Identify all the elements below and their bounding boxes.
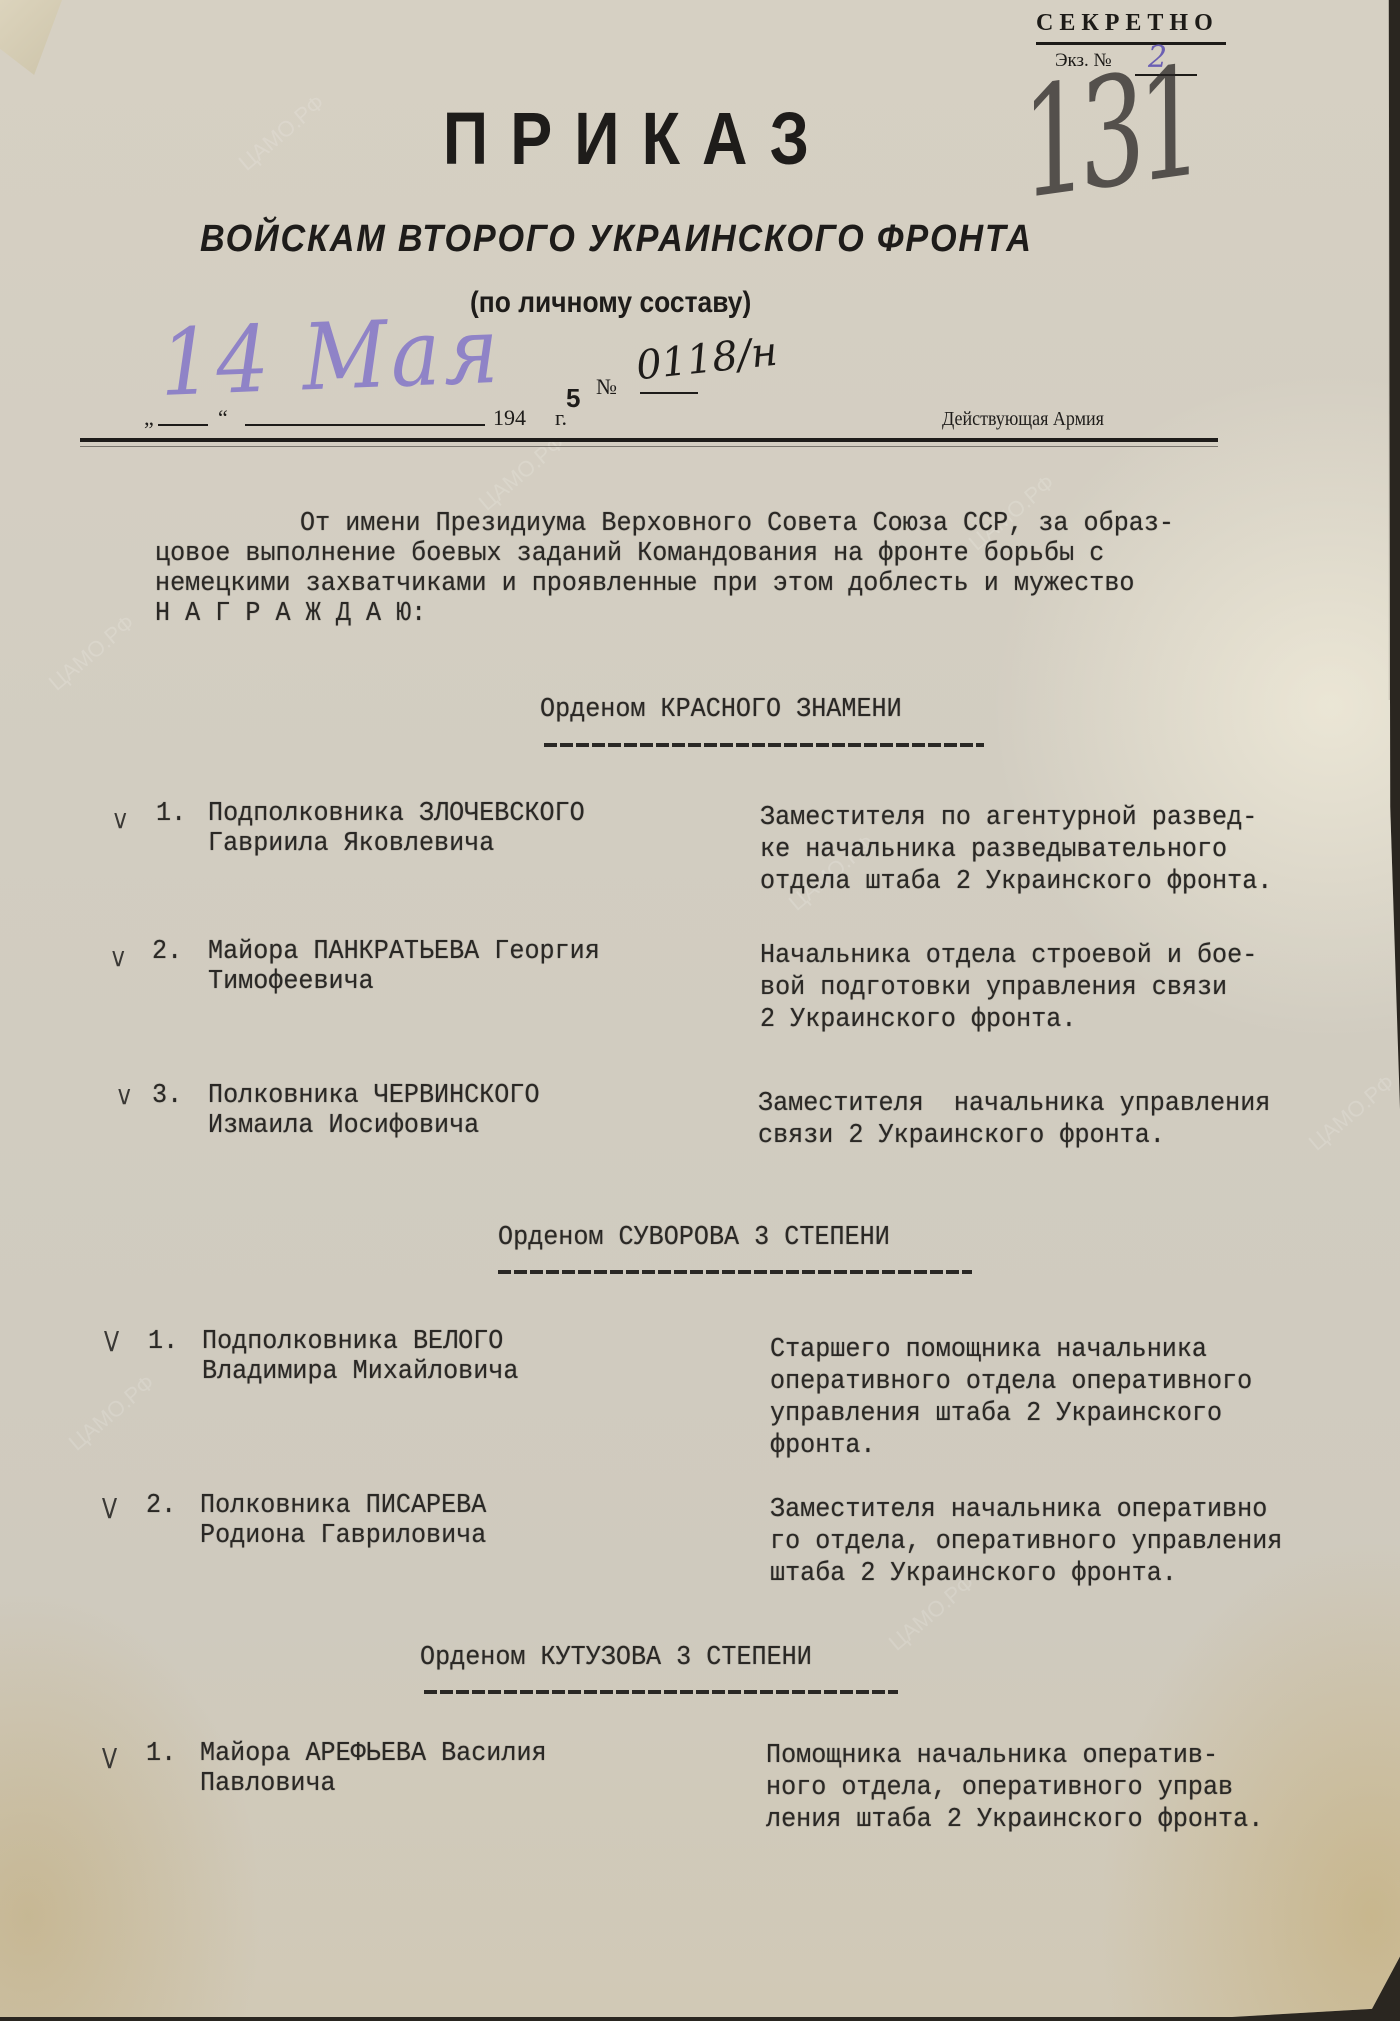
document-type-note: (по личному составу)	[470, 286, 751, 320]
intro-line: немецкими захватчиками и проявленные при…	[155, 568, 1134, 600]
recipient-name: Майора ПАНКРАТЬЕВА Георгия	[208, 936, 600, 968]
date-quote-open: „	[144, 405, 154, 431]
location-label: Действующая Армия	[942, 408, 1104, 431]
recipient-name: Подполковника ЗЛОЧЕВСКОГО	[208, 798, 585, 830]
checkmark-icon: v	[114, 802, 127, 835]
document-page: ЦАМО.РФ ЦАМО.РФ ЦАМО.РФ ЦАМО.РФ ЦАМО.РФ …	[0, 0, 1400, 2017]
recipient-name: Полковника ПИСАРЕВА	[200, 1490, 486, 1522]
checkmark-icon: V	[104, 1325, 119, 1358]
recipient-name: Майора АРЕФЬЕВА Василия	[200, 1738, 547, 1770]
recipient-name: Измаила Иосифовича	[208, 1110, 479, 1142]
recipient-position: Заместителя начальника управления	[758, 1088, 1270, 1120]
recipient-position: ного отдела, оперативного управ	[766, 1772, 1233, 1804]
award-heading-rule	[544, 743, 984, 747]
intro-line: цовое выполнение боевых заданий Командов…	[155, 538, 1104, 570]
award-heading: Орденом КРАСНОГО ЗНАМЕНИ	[540, 694, 902, 726]
recipient-number: 1.	[146, 1738, 176, 1770]
recipient-name: Гавриила Яковлевича	[208, 828, 494, 860]
recipient-position: управления штаба 2 Украинского	[770, 1398, 1222, 1430]
intro-line: Н А Г Р А Ж Д А Ю:	[155, 598, 426, 630]
document-title: ПРИКАЗ	[93, 96, 1283, 181]
order-number-line	[640, 392, 698, 394]
recipient-position: го отдела, оперативного управления	[770, 1526, 1282, 1558]
award-heading-rule	[424, 1690, 898, 1694]
folded-corner	[0, 0, 62, 75]
recipient-position: оперативного отдела оперативного	[770, 1366, 1252, 1398]
page-edge-shadow	[1388, 0, 1400, 700]
year-digit: 5	[566, 383, 580, 414]
recipient-position: Заместителя начальника оперативно	[770, 1494, 1267, 1526]
recipient-name: Владимира Михайловича	[202, 1356, 518, 1388]
year-prefix: 194	[493, 405, 526, 431]
recipient-position: Помощника начальника оператив-	[766, 1740, 1218, 1772]
recipient-name: Тимофеевича	[208, 966, 374, 998]
recipient-position: ления штаба 2 Украинского фронта.	[766, 1804, 1263, 1836]
date-month-line	[245, 424, 485, 426]
checkmark-icon: v	[118, 1078, 131, 1111]
date-quote-close: “	[218, 405, 228, 431]
order-number-sign: №	[596, 374, 617, 400]
handwritten-date: 14 Мая	[158, 297, 503, 417]
recipient-position: отдела штаба 2 Украинского фронта.	[760, 866, 1272, 898]
order-number: 0118/н	[634, 329, 780, 390]
recipient-number: 1.	[156, 798, 186, 830]
watermark: ЦАМО.РФ	[44, 610, 140, 697]
header-rule-thin	[80, 446, 1218, 447]
checkmark-icon: V	[102, 1492, 117, 1525]
award-heading: Орденом СУВОРОВА 3 СТЕПЕНИ	[498, 1222, 890, 1254]
watermark: ЦАМО.РФ	[1304, 1070, 1400, 1157]
recipient-position: Старшего помощника начальника	[770, 1334, 1207, 1366]
classification-stamp: СЕКРЕТНО	[1036, 10, 1219, 37]
award-heading: Орденом КУТУЗОВА 3 СТЕПЕНИ	[420, 1642, 812, 1674]
recipient-position: Начальника отдела строевой и бое-	[760, 940, 1257, 972]
recipient-number: 2.	[152, 936, 182, 968]
recipient-position: вой подготовки управления связи	[760, 972, 1227, 1004]
recipient-number: 2.	[146, 1490, 176, 1522]
header-rule	[80, 438, 1218, 442]
document-subtitle: ВОЙСКАМ ВТОРОГО УКРАИНСКОГО ФРОНТА	[200, 218, 1033, 261]
recipient-position: связи 2 Украинского фронта.	[758, 1120, 1165, 1152]
recipient-name: Родиона Гавриловича	[200, 1520, 486, 1552]
intro-line: От имени Президиума Верховного Совета Со…	[300, 508, 1174, 540]
recipient-position: фронта.	[770, 1430, 875, 1462]
award-heading-rule	[498, 1270, 972, 1274]
recipient-position: штаба 2 Украинского фронта.	[770, 1558, 1177, 1590]
recipient-name: Полковника ЧЕРВИНСКОГО	[208, 1080, 540, 1112]
watermark: ЦАМО.РФ	[64, 1370, 160, 1457]
date-day-line	[158, 424, 208, 426]
recipient-position: ке начальника разведывательного	[760, 834, 1227, 866]
recipient-position: 2 Украинского фронта.	[760, 1004, 1076, 1036]
watermark: ЦАМО.РФ	[474, 430, 570, 517]
checkmark-icon: v	[112, 940, 125, 973]
recipient-position: Заместителя по агентурной развед-	[760, 802, 1257, 834]
recipient-number: 3.	[152, 1080, 182, 1112]
recipient-name: Павловича	[200, 1768, 336, 1800]
checkmark-icon: V	[102, 1742, 117, 1775]
recipient-number: 1.	[148, 1326, 178, 1358]
recipient-name: Подполковника ВЕЛОГО	[202, 1326, 503, 1358]
